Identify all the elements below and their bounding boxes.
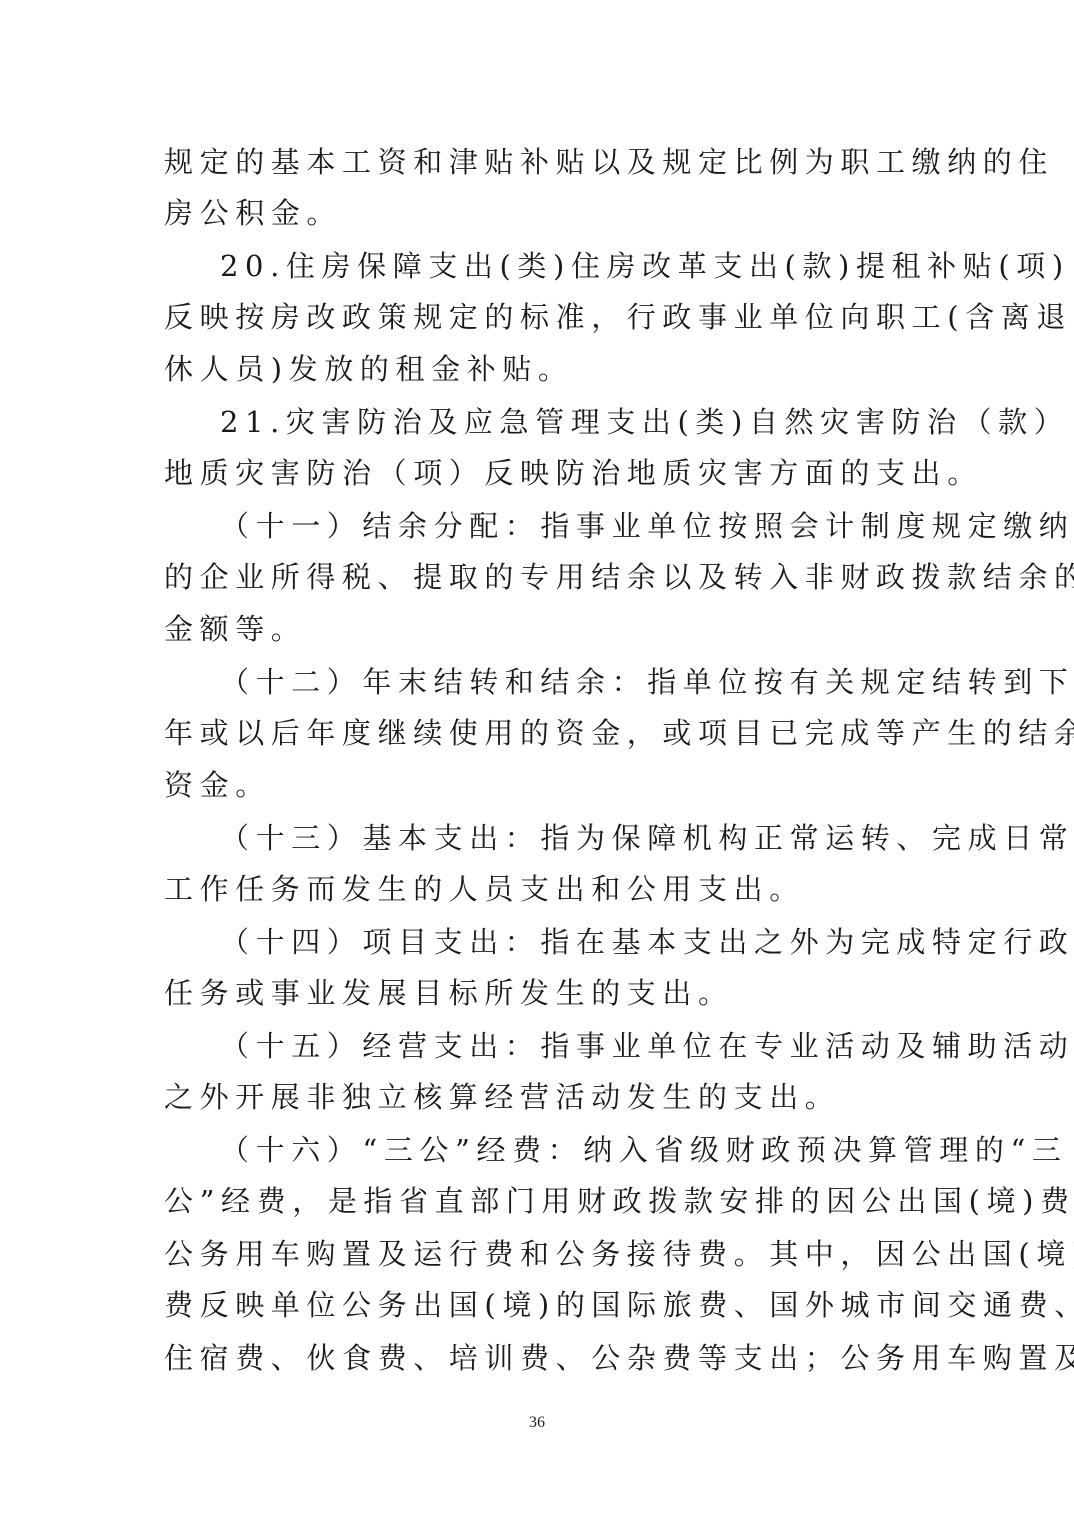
text-line: （十五）经营支出：指事业单位在专业活动及辅助活动 bbox=[220, 1029, 914, 1063]
text-line: 的企业所得税、提取的专用结余以及转入非财政拨款结余的 bbox=[164, 560, 914, 594]
text-line: （十一）结余分配：指事业单位按照会计制度规定缴纳 bbox=[220, 509, 914, 543]
text-line: 工作任务而发生的人员支出和公用支出。 bbox=[164, 872, 914, 906]
document-page: 规定的基本工资和津贴补贴以及规定比例为职工缴纳的住房公积金。20.住房保障支出(… bbox=[0, 0, 1074, 1520]
page-number: 36 bbox=[0, 1414, 1074, 1432]
text-line: 费反映单位公务出国(境)的国际旅费、国外城市间交通费、 bbox=[164, 1288, 914, 1322]
text-line: 21.灾害防治及应急管理支出(类)自然灾害防治（款） bbox=[220, 405, 914, 439]
text-line: 年或以后年度继续使用的资金，或项目已完成等产生的结余 bbox=[164, 716, 914, 750]
text-line: 住宿费、伙食费、培训费、公杂费等支出；公务用车购置及 bbox=[164, 1341, 914, 1375]
text-line: （十六）“三公”经费：纳入省级财政预决算管理的“三 bbox=[220, 1133, 914, 1167]
text-line: 公务用车购置及运行费和公务接待费。其中，因公出国(境) bbox=[164, 1237, 914, 1271]
text-line: 金额等。 bbox=[164, 612, 914, 646]
text-line: （十二）年末结转和结余：指单位按有关规定结转到下 bbox=[220, 665, 914, 699]
text-line: （十四）项目支出：指在基本支出之外为完成特定行政 bbox=[220, 925, 914, 959]
text-line: 休人员)发放的租金补贴。 bbox=[164, 352, 914, 386]
text-line: 公”经费，是指省直部门用财政拨款安排的因公出国(境)费、 bbox=[164, 1184, 914, 1218]
text-line: 资金。 bbox=[164, 768, 914, 802]
text-line: 规定的基本工资和津贴补贴以及规定比例为职工缴纳的住 bbox=[164, 145, 914, 179]
text-line: 之外开展非独立核算经营活动发生的支出。 bbox=[164, 1080, 914, 1114]
text-line: （十三）基本支出：指为保障机构正常运转、完成日常 bbox=[220, 821, 914, 855]
text-line: 地质灾害防治（项）反映防治地质灾害方面的支出。 bbox=[164, 456, 914, 490]
text-line: 20.住房保障支出(类)住房改革支出(款)提租补贴(项) bbox=[220, 249, 914, 283]
text-line: 反映按房改政策规定的标准，行政事业单位向职工(含离退 bbox=[164, 300, 914, 334]
text-line: 房公积金。 bbox=[164, 196, 914, 230]
text-line: 任务或事业发展目标所发生的支出。 bbox=[164, 976, 914, 1010]
